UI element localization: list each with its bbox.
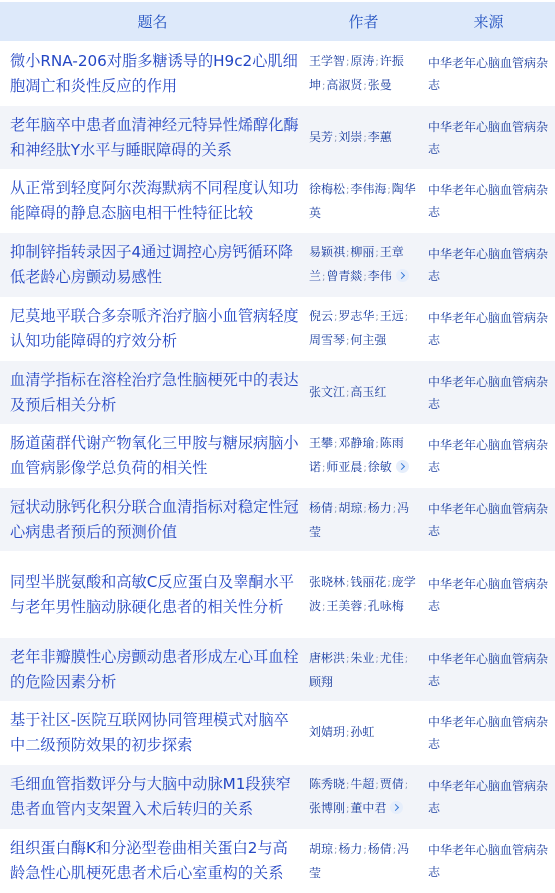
journal-source-link[interactable]: 中华老年心脑血管病杂志 bbox=[428, 779, 548, 815]
author-link[interactable]: 周雪琴 bbox=[309, 333, 345, 347]
author-separator: ; bbox=[346, 728, 349, 739]
author-link[interactable]: 张晓林 bbox=[309, 575, 345, 589]
author-link[interactable]: 刘婧玥 bbox=[309, 725, 345, 739]
author-separator: ; bbox=[363, 133, 366, 144]
author-separator: ; bbox=[334, 504, 337, 515]
table-header: 题名 作者 来源 bbox=[0, 2, 555, 41]
column-header-title[interactable]: 题名 bbox=[0, 11, 305, 32]
source-cell: 中华老年心脑血管病杂志 bbox=[422, 243, 555, 287]
author-link[interactable]: 胡琼 bbox=[309, 842, 333, 856]
author-separator: ; bbox=[405, 780, 408, 791]
author-link[interactable]: 王攀 bbox=[309, 436, 333, 450]
author-link[interactable]: 孙虹 bbox=[350, 725, 374, 739]
author-link[interactable]: 胡琼 bbox=[338, 501, 362, 515]
article-title-link[interactable]: 毛细血管指数评分与大脑中动脉M1段狭窄患者血管内支架置入术后转归的关系 bbox=[10, 775, 291, 818]
article-title-cell: 基于社区-医院互联网协同管理模式对脑卒中二级预防效果的初步探索 bbox=[0, 708, 305, 758]
author-separator: ; bbox=[363, 845, 366, 856]
journal-source-link[interactable]: 中华老年心脑血管病杂志 bbox=[428, 843, 548, 879]
article-title-link[interactable]: 肠道菌群代谢产物氧化三甲胺与糖尿病脑小血管病影像学总负荷的相关性 bbox=[10, 434, 299, 477]
article-title-cell: 组织蛋白酶K和分泌型卷曲相关蛋白2与高龄急性心肌梗死患者术后心室重构的关系 bbox=[0, 836, 305, 886]
author-link[interactable]: 邓静瑜 bbox=[338, 436, 374, 450]
authors-cell: 唐彬洪;朱业;尤佳;顾翔 bbox=[305, 647, 422, 693]
author-link[interactable]: 原涛 bbox=[350, 54, 374, 68]
article-title-cell: 肠道菌群代谢产物氧化三甲胺与糖尿病脑小血管病影像学总负荷的相关性 bbox=[0, 431, 305, 481]
authors-cell: 陈秀晓;牛超;贾倩;张博刚;董中君 bbox=[305, 773, 422, 821]
author-link[interactable]: 尤佳 bbox=[380, 651, 404, 665]
article-title-link[interactable]: 老年脑卒中患者血清神经元特异性烯醇化酶和神经肽Y水平与睡眠障碍的关系 bbox=[10, 116, 299, 159]
article-title-link[interactable]: 同型半胱氨酸和高敏C反应蛋白及睾酮水平与老年男性脑动脉硬化患者的相关性分析 bbox=[10, 573, 294, 616]
source-cell: 中华老年心脑血管病杂志 bbox=[422, 711, 555, 755]
author-separator: ; bbox=[334, 133, 337, 144]
author-link[interactable]: 贾倩 bbox=[380, 777, 404, 791]
source-cell: 中华老年心脑血管病杂志 bbox=[422, 52, 555, 96]
author-separator: ; bbox=[322, 272, 325, 283]
author-link[interactable]: 王美蓉 bbox=[326, 599, 362, 613]
table-row: 抑制锌指转录因子4通过调控心房钙循环降低老龄心房颤动易感性 易颖祺;柳丽;王章兰… bbox=[0, 233, 555, 297]
authors-cell: 胡琼;杨力;杨倩;冯莹 bbox=[305, 838, 422, 884]
author-separator: ; bbox=[387, 185, 390, 196]
author-separator: ; bbox=[393, 845, 396, 856]
article-title-link[interactable]: 基于社区-医院互联网协同管理模式对脑卒中二级预防效果的初步探索 bbox=[10, 711, 289, 754]
source-cell: 中华老年心脑血管病杂志 bbox=[422, 839, 555, 883]
author-separator: ; bbox=[322, 81, 325, 92]
author-separator: ; bbox=[346, 57, 349, 68]
article-title-link[interactable]: 血清学指标在溶栓治疗急性脑梗死中的表达及预后相关分析 bbox=[10, 371, 299, 414]
author-separator: ; bbox=[334, 439, 337, 450]
author-link[interactable]: 吴芳 bbox=[309, 130, 333, 144]
author-separator: ; bbox=[363, 463, 366, 474]
journal-source-link[interactable]: 中华老年心脑血管病杂志 bbox=[428, 120, 548, 156]
author-separator: ; bbox=[346, 578, 349, 589]
article-title-cell: 老年脑卒中患者血清神经元特异性烯醇化酶和神经肽Y水平与睡眠障碍的关系 bbox=[0, 113, 305, 163]
source-cell: 中华老年心脑血管病杂志 bbox=[422, 434, 555, 478]
author-separator: ; bbox=[387, 578, 390, 589]
authors-cell: 易颖祺;柳丽;王章兰;曾青燚;李伟 bbox=[305, 241, 422, 289]
journal-source-link[interactable]: 中华老年心脑血管病杂志 bbox=[428, 375, 548, 411]
author-separator: ; bbox=[346, 185, 349, 196]
article-title-cell: 抑制锌指转录因子4通过调控心房钙循环降低老龄心房颤动易感性 bbox=[0, 240, 305, 290]
results-table: 题名 作者 来源 微小RNA-206对脂多糖诱导的H9c2心肌细胞凋亡和炎性反应… bbox=[0, 2, 555, 893]
author-link[interactable]: 何主强 bbox=[350, 333, 386, 347]
table-row: 毛细血管指数评分与大脑中动脉M1段狭窄患者血管内支架置入术后转归的关系 陈秀晓;… bbox=[0, 765, 555, 829]
source-cell: 中华老年心脑血管病杂志 bbox=[422, 648, 555, 692]
authors-cell: 王学智;原涛;许振坤;高淑贤;张曼 bbox=[305, 50, 422, 98]
table-row: 微小RNA-206对脂多糖诱导的H9c2心肌细胞凋亡和炎性反应的作用 王学智;原… bbox=[0, 41, 555, 106]
author-separator: ; bbox=[375, 439, 378, 450]
author-separator: ; bbox=[334, 845, 337, 856]
journal-source-link[interactable]: 中华老年心脑血管病杂志 bbox=[428, 715, 548, 751]
author-link[interactable]: 徐梅松 bbox=[309, 182, 345, 196]
article-title-cell: 从正常到轻度阿尔茨海默病不同程度认知功能障碍的静息态脑电相干性特征比较 bbox=[0, 176, 305, 226]
journal-source-link[interactable]: 中华老年心脑血管病杂志 bbox=[428, 652, 548, 688]
author-separator: ; bbox=[375, 654, 378, 665]
author-link[interactable]: 牛超 bbox=[350, 777, 374, 791]
table-row: 组织蛋白酶K和分泌型卷曲相关蛋白2与高龄急性心肌梗死患者术后心室重构的关系 胡琼… bbox=[0, 829, 555, 893]
author-separator: ; bbox=[405, 654, 408, 665]
article-title-link[interactable]: 老年非瓣膜性心房颤动患者形成左心耳血栓的危险因素分析 bbox=[10, 648, 299, 691]
source-cell: 中华老年心脑血管病杂志 bbox=[422, 371, 555, 415]
article-title-link[interactable]: 微小RNA-206对脂多糖诱导的H9c2心肌细胞凋亡和炎性反应的作用 bbox=[10, 52, 298, 95]
author-separator: ; bbox=[393, 504, 396, 515]
chevron-right-icon[interactable] bbox=[390, 801, 403, 814]
article-title-link[interactable]: 抑制锌指转录因子4通过调控心房钙循环降低老龄心房颤动易感性 bbox=[10, 243, 293, 286]
author-separator: ; bbox=[363, 81, 366, 92]
author-separator: ; bbox=[375, 248, 378, 259]
author-link[interactable]: 杨倩 bbox=[368, 842, 392, 856]
authors-cell: 杨倩;胡琼;杨力;冯莹 bbox=[305, 497, 422, 543]
article-title-cell: 同型半胱氨酸和高敏C反应蛋白及睾酮水平与老年男性脑动脉硬化患者的相关性分析 bbox=[0, 570, 305, 620]
chevron-right-icon[interactable] bbox=[396, 460, 409, 473]
authors-cell: 刘婧玥;孙虹 bbox=[305, 721, 422, 745]
author-link[interactable]: 李蕙 bbox=[368, 130, 392, 144]
author-link[interactable]: 孔咏梅 bbox=[368, 599, 404, 613]
authors-cell: 张晓林;钱丽花;庞学波;王美蓉;孔咏梅 bbox=[305, 571, 422, 619]
author-link[interactable]: 易颖祺 bbox=[309, 245, 345, 259]
article-title-cell: 微小RNA-206对脂多糖诱导的H9c2心肌细胞凋亡和炎性反应的作用 bbox=[0, 49, 305, 99]
author-separator: ; bbox=[346, 248, 349, 259]
author-separator: ; bbox=[363, 504, 366, 515]
author-link[interactable]: 高玉红 bbox=[350, 385, 386, 399]
source-cell: 中华老年心脑血管病杂志 bbox=[422, 116, 555, 160]
author-link[interactable]: 张曼 bbox=[368, 78, 392, 92]
authors-cell: 王攀;邓静瑜;陈雨诺;师亚晨;徐敏 bbox=[305, 432, 422, 480]
column-header-source[interactable]: 来源 bbox=[422, 11, 555, 32]
authors-cell: 倪云;罗志华;王远;周雪琴;何主强 bbox=[305, 305, 422, 353]
author-separator: ; bbox=[346, 780, 349, 791]
author-link[interactable]: 徐敏 bbox=[368, 460, 392, 474]
article-title-cell: 老年非瓣膜性心房颤动患者形成左心耳血栓的危险因素分析 bbox=[0, 645, 305, 695]
source-cell: 中华老年心脑血管病杂志 bbox=[422, 573, 555, 617]
article-title-cell: 尼莫地平联合多奈哌齐治疗脑小血管病轻度认知功能障碍的疗效分析 bbox=[0, 304, 305, 354]
author-separator: ; bbox=[405, 312, 408, 323]
source-cell: 中华老年心脑血管病杂志 bbox=[422, 775, 555, 819]
article-title-cell: 冠状动脉钙化积分联合血清指标对稳定性冠心病患者预后的预测价值 bbox=[0, 495, 305, 545]
table-row: 老年非瓣膜性心房颤动患者形成左心耳血栓的危险因素分析 唐彬洪;朱业;尤佳;顾翔 … bbox=[0, 638, 555, 701]
author-link[interactable]: 刘崇 bbox=[338, 130, 362, 144]
author-link[interactable]: 朱业 bbox=[350, 651, 374, 665]
table-row: 同型半胱氨酸和高敏C反应蛋白及睾酮水平与老年男性脑动脉硬化患者的相关性分析 张晓… bbox=[0, 551, 555, 638]
author-link[interactable]: 张文江 bbox=[309, 385, 345, 399]
article-title-link[interactable]: 组织蛋白酶K和分泌型卷曲相关蛋白2与高龄急性心肌梗死患者术后心室重构的关系 bbox=[10, 839, 288, 882]
source-cell: 中华老年心脑血管病杂志 bbox=[422, 498, 555, 542]
column-header-author[interactable]: 作者 bbox=[305, 11, 422, 32]
author-link[interactable]: 曾青燚 bbox=[326, 269, 362, 283]
journal-source-link[interactable]: 中华老年心脑血管病杂志 bbox=[428, 311, 548, 347]
table-body: 微小RNA-206对脂多糖诱导的H9c2心肌细胞凋亡和炎性反应的作用 王学智;原… bbox=[0, 41, 555, 893]
author-separator: ; bbox=[346, 336, 349, 347]
journal-source-link[interactable]: 中华老年心脑血管病杂志 bbox=[428, 183, 548, 219]
author-link[interactable]: 李伟 bbox=[368, 269, 392, 283]
author-separator: ; bbox=[346, 654, 349, 665]
journal-source-link[interactable]: 中华老年心脑血管病杂志 bbox=[428, 438, 548, 474]
table-row: 从正常到轻度阿尔茨海默病不同程度认知功能障碍的静息态脑电相干性特征比较 徐梅松;… bbox=[0, 169, 555, 233]
authors-cell: 张文江;高玉红 bbox=[305, 381, 422, 405]
author-link[interactable]: 杨倩 bbox=[309, 501, 333, 515]
source-cell: 中华老年心脑血管病杂志 bbox=[422, 307, 555, 351]
author-link[interactable]: 杨力 bbox=[368, 501, 392, 515]
author-link[interactable]: 柳丽 bbox=[350, 245, 374, 259]
table-row: 肠道菌群代谢产物氧化三甲胺与糖尿病脑小血管病影像学总负荷的相关性 王攀;邓静瑜;… bbox=[0, 424, 555, 488]
article-title-cell: 毛细血管指数评分与大脑中动脉M1段狭窄患者血管内支架置入术后转归的关系 bbox=[0, 772, 305, 822]
table-row: 血清学指标在溶栓治疗急性脑梗死中的表达及预后相关分析 张文江;高玉红 中华老年心… bbox=[0, 361, 555, 424]
author-link[interactable]: 杨力 bbox=[338, 842, 362, 856]
table-row: 尼莫地平联合多奈哌齐治疗脑小血管病轻度认知功能障碍的疗效分析 倪云;罗志华;王远… bbox=[0, 297, 555, 361]
table-row: 老年脑卒中患者血清神经元特异性烯醇化酶和神经肽Y水平与睡眠障碍的关系 吴芳;刘崇… bbox=[0, 106, 555, 169]
author-link[interactable]: 王远 bbox=[380, 309, 404, 323]
author-link[interactable]: 唐彬洪 bbox=[309, 651, 345, 665]
journal-source-link[interactable]: 中华老年心脑血管病杂志 bbox=[428, 577, 548, 613]
author-separator: ; bbox=[363, 272, 366, 283]
author-separator: ; bbox=[346, 804, 349, 815]
author-separator: ; bbox=[322, 463, 325, 474]
author-link[interactable]: 高淑贤 bbox=[326, 78, 362, 92]
table-row: 冠状动脉钙化积分联合血清指标对稳定性冠心病患者预后的预测价值 杨倩;胡琼;杨力;… bbox=[0, 488, 555, 551]
author-separator: ; bbox=[334, 312, 337, 323]
journal-source-link[interactable]: 中华老年心脑血管病杂志 bbox=[428, 247, 548, 283]
author-link[interactable]: 师亚晨 bbox=[326, 460, 362, 474]
author-separator: ; bbox=[346, 388, 349, 399]
author-link[interactable]: 倪云 bbox=[309, 309, 333, 323]
author-separator: ; bbox=[363, 602, 366, 613]
journal-source-link[interactable]: 中华老年心脑血管病杂志 bbox=[428, 56, 548, 92]
authors-cell: 吴芳;刘崇;李蕙 bbox=[305, 126, 422, 150]
article-title-link[interactable]: 冠状动脉钙化积分联合血清指标对稳定性冠心病患者预后的预测价值 bbox=[10, 498, 299, 541]
author-link[interactable]: 钱丽花 bbox=[350, 575, 386, 589]
author-separator: ; bbox=[322, 602, 325, 613]
author-link[interactable]: 张博刚 bbox=[309, 801, 345, 815]
article-title-cell: 血清学指标在溶栓治疗急性脑梗死中的表达及预后相关分析 bbox=[0, 368, 305, 418]
article-title-link[interactable]: 从正常到轻度阿尔茨海默病不同程度认知功能障碍的静息态脑电相干性特征比较 bbox=[10, 179, 299, 222]
author-link[interactable]: 陈秀晓 bbox=[309, 777, 345, 791]
author-link[interactable]: 李伟海 bbox=[350, 182, 386, 196]
author-separator: ; bbox=[375, 312, 378, 323]
table-row: 基于社区-医院互联网协同管理模式对脑卒中二级预防效果的初步探索 刘婧玥;孙虹 中… bbox=[0, 701, 555, 765]
chevron-right-icon[interactable] bbox=[396, 269, 409, 282]
source-cell: 中华老年心脑血管病杂志 bbox=[422, 179, 555, 223]
author-link[interactable]: 董中君 bbox=[350, 801, 386, 815]
author-separator: ; bbox=[375, 57, 378, 68]
author-link[interactable]: 罗志华 bbox=[338, 309, 374, 323]
article-title-link[interactable]: 尼莫地平联合多奈哌齐治疗脑小血管病轻度认知功能障碍的疗效分析 bbox=[10, 307, 299, 350]
author-link[interactable]: 王学智 bbox=[309, 54, 345, 68]
journal-source-link[interactable]: 中华老年心脑血管病杂志 bbox=[428, 502, 548, 538]
authors-cell: 徐梅松;李伟海;陶华英 bbox=[305, 178, 422, 224]
author-separator: ; bbox=[375, 780, 378, 791]
author-link[interactable]: 顾翔 bbox=[309, 675, 333, 689]
